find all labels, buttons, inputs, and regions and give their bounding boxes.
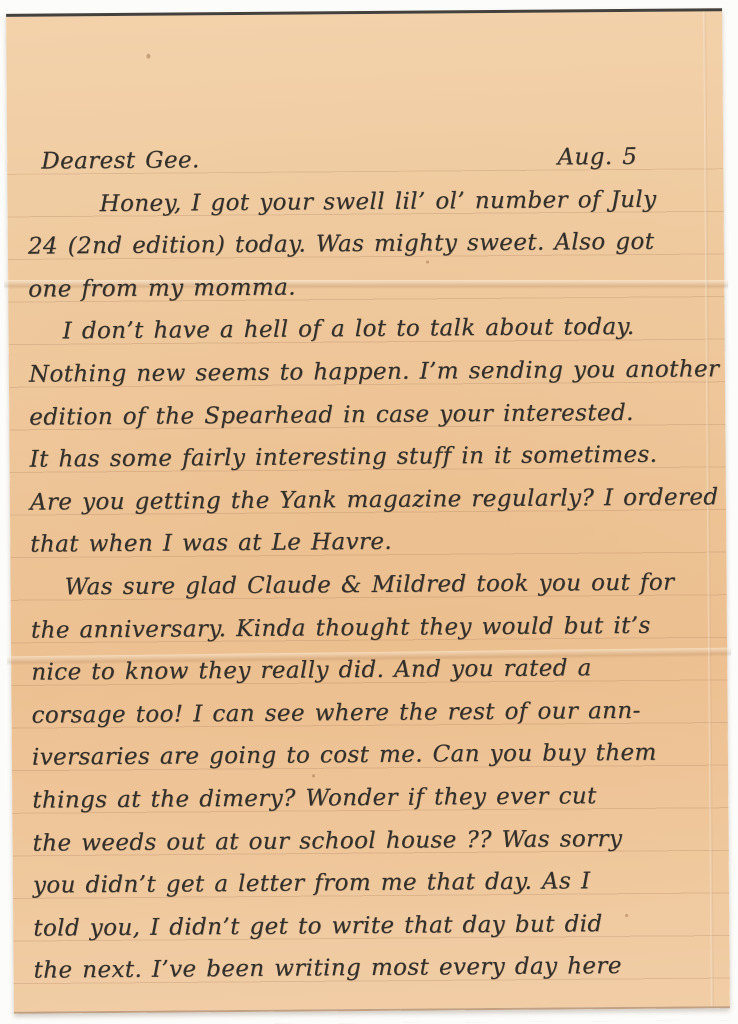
scanned-letter: Dearest Gee. Aug. 5 Honey, I got your sw…: [0, 0, 738, 1024]
letter-line: iversaries are going to cost me. Can you…: [32, 732, 714, 780]
letter-line: the anniversary. Kinda thought they woul…: [31, 604, 713, 652]
letter-line: nice to know they really did. And you ra…: [31, 646, 713, 694]
letter-line: Honey, I got your swell lil’ ol’ number …: [27, 178, 709, 226]
letter-line: told you, I didn’t get to write that day…: [33, 902, 715, 950]
letter-line: Nothing new seems to happen. I’m sending…: [29, 348, 711, 396]
handwritten-text: Dearest Gee. Aug. 5 Honey, I got your sw…: [6, 11, 730, 1012]
letter-line: the next. I’ve been writing most every d…: [33, 945, 715, 993]
letter-header-line: Dearest Gee. Aug. 5: [27, 135, 709, 183]
letter-date: Aug. 5: [557, 135, 709, 179]
letter-line: It has some fairly interesting stuff in …: [29, 433, 711, 481]
letter-line: I don’t have a hell of a lot to talk abo…: [28, 306, 710, 354]
salutation: Dearest Gee.: [41, 139, 200, 183]
letter-line: things at the dimery? Wonder if they eve…: [32, 774, 714, 822]
letter-line: one from my momma.: [28, 263, 710, 311]
letter-line: corsage too! I can see where the rest of…: [31, 689, 713, 737]
letter-line: edition of the Spearhead in case your in…: [29, 391, 711, 439]
letter-line: you didn’t get a letter from me that day…: [33, 859, 715, 907]
letter-line: the weeds out at our school house ?? Was…: [32, 817, 714, 865]
letter-line: Are you getting the Yank magazine regula…: [30, 476, 712, 524]
letter-line: that when I was at Le Havre.: [30, 519, 712, 567]
letter-line: 24 (2nd edition) today. Was mighty sweet…: [28, 220, 710, 268]
letter-line: Was sure glad Claude & Mildred took you …: [30, 561, 712, 609]
letter-paper: Dearest Gee. Aug. 5 Honey, I got your sw…: [6, 8, 730, 1014]
